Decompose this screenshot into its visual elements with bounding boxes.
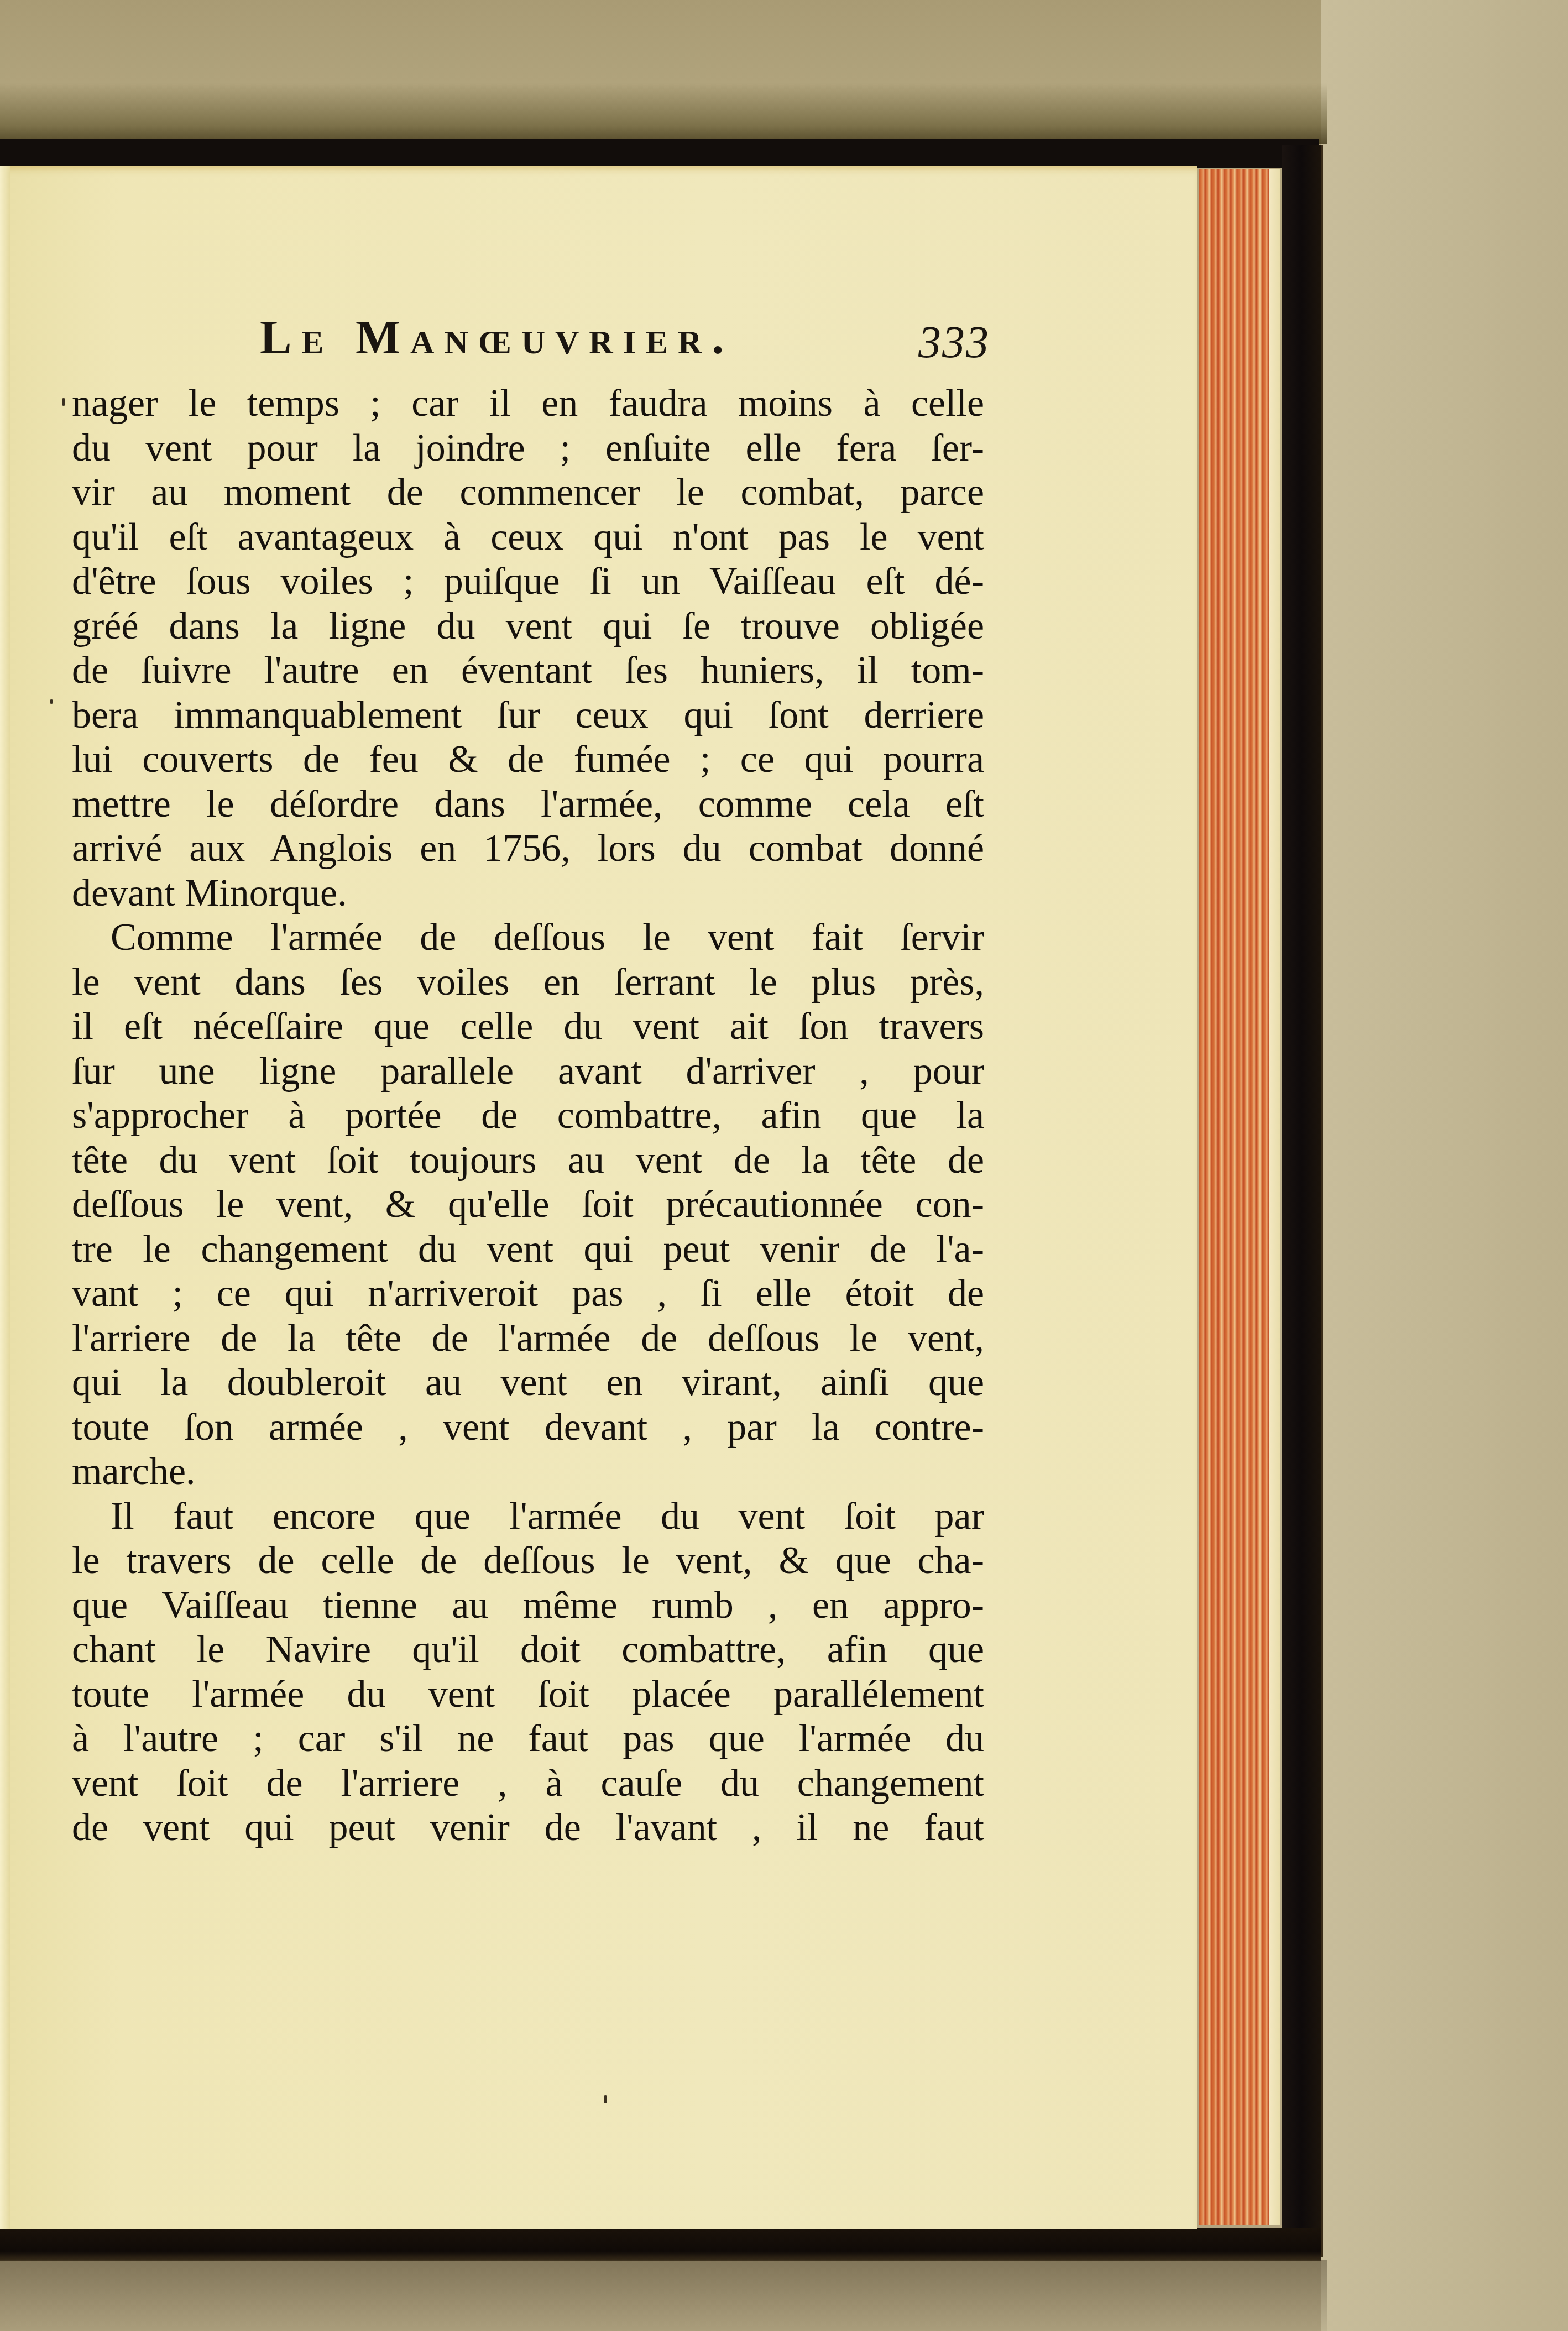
text-line: de ſuivre l'autre en éventant ſes hunier…	[72, 649, 984, 693]
text-line: il eſt néceſſaire que celle du vent ait …	[72, 1005, 984, 1049]
text-line: toute ſon armée , vent devant , par la c…	[72, 1405, 984, 1450]
top-shadow	[0, 83, 1327, 144]
red-stained-page-edges	[1199, 169, 1280, 2225]
text-line: vent ſoit de l'arriere , à cauſe du chan…	[72, 1762, 984, 1806]
book-cover-top-edge	[0, 139, 1319, 168]
background-surface	[1321, 0, 1568, 2331]
body-text: nager le temps ; car il en faudra moins …	[72, 381, 984, 1851]
text-line: vir au moment de commencer le combat, pa…	[72, 471, 984, 515]
text-line: de vent qui peut venir de l'avant , il n…	[72, 1806, 984, 1851]
text-line: Il faut encore que l'armée du vent ſoit …	[72, 1494, 984, 1539]
text-line: ſur une ligne parallele avant d'arriver …	[72, 1049, 984, 1094]
ink-speck	[62, 398, 65, 406]
text-line: que Vaiſſeau tienne au même rumb , en ap…	[72, 1583, 984, 1628]
text-line: tre le changement du vent qui peut venir…	[72, 1227, 984, 1272]
book-cover-fore-edge	[1282, 145, 1323, 2257]
text-line: nager le temps ; car il en faudra moins …	[72, 381, 984, 426]
text-line: lui couverts de feu & de fumée ; ce qui …	[72, 738, 984, 782]
running-title: Le Manœuvrier.	[260, 310, 734, 365]
text-line: devant Minorque.	[72, 871, 984, 916]
text-line: gréé dans la ligne du vent qui ſe trouve…	[72, 604, 984, 649]
book-cover-bottom-edge	[0, 2228, 1321, 2261]
text-line: qui la doubleroit au vent en virant, ain…	[72, 1361, 984, 1405]
page-number: 333	[918, 316, 990, 368]
text-line: à l'autre ; car s'il ne faut pas que l'a…	[72, 1717, 984, 1762]
bottom-shadow	[0, 2260, 1327, 2331]
text-line: marche.	[72, 1450, 984, 1494]
text-line: mettre le déſordre dans l'armée, comme c…	[72, 782, 984, 827]
ink-speck	[604, 2095, 607, 2103]
running-header: Le Manœuvrier. 333	[260, 310, 990, 376]
text-line: du vent pour la joindre ; enſuite elle f…	[72, 426, 984, 471]
text-line: le travers de celle de deſſous le vent, …	[72, 1539, 984, 1583]
text-line: s'approcher à portée de combattre, afin …	[72, 1094, 984, 1138]
text-line: le vent dans ſes voiles en ſerrant le pl…	[72, 960, 984, 1005]
text-line: l'arriere de la tête de l'armée de deſſo…	[72, 1316, 984, 1361]
text-line: qu'il eſt avantageux à ceux qui n'ont pa…	[72, 515, 984, 560]
text-line: tête du vent ſoit toujours au vent de la…	[72, 1138, 984, 1183]
text-line: bera immanquablement ſur ceux qui ſont d…	[72, 693, 984, 738]
text-line: d'être ſous voiles ; puiſque ſi un Vaiſſ…	[72, 560, 984, 604]
text-line: Comme l'armée de deſſous le vent fait ſe…	[72, 916, 984, 960]
text-line: toute l'armée du vent ſoit placée parall…	[72, 1673, 984, 1717]
text-line: deſſous le vent, & qu'elle ſoit précauti…	[72, 1183, 984, 1227]
ink-speck	[50, 699, 53, 704]
text-line: arrivé aux Anglois en 1756, lors du comb…	[72, 827, 984, 871]
text-line: chant le Navire qu'il doit combattre, af…	[72, 1628, 984, 1673]
text-line: vant ; ce qui n'arriveroit pas , ſi elle…	[72, 1272, 984, 1316]
